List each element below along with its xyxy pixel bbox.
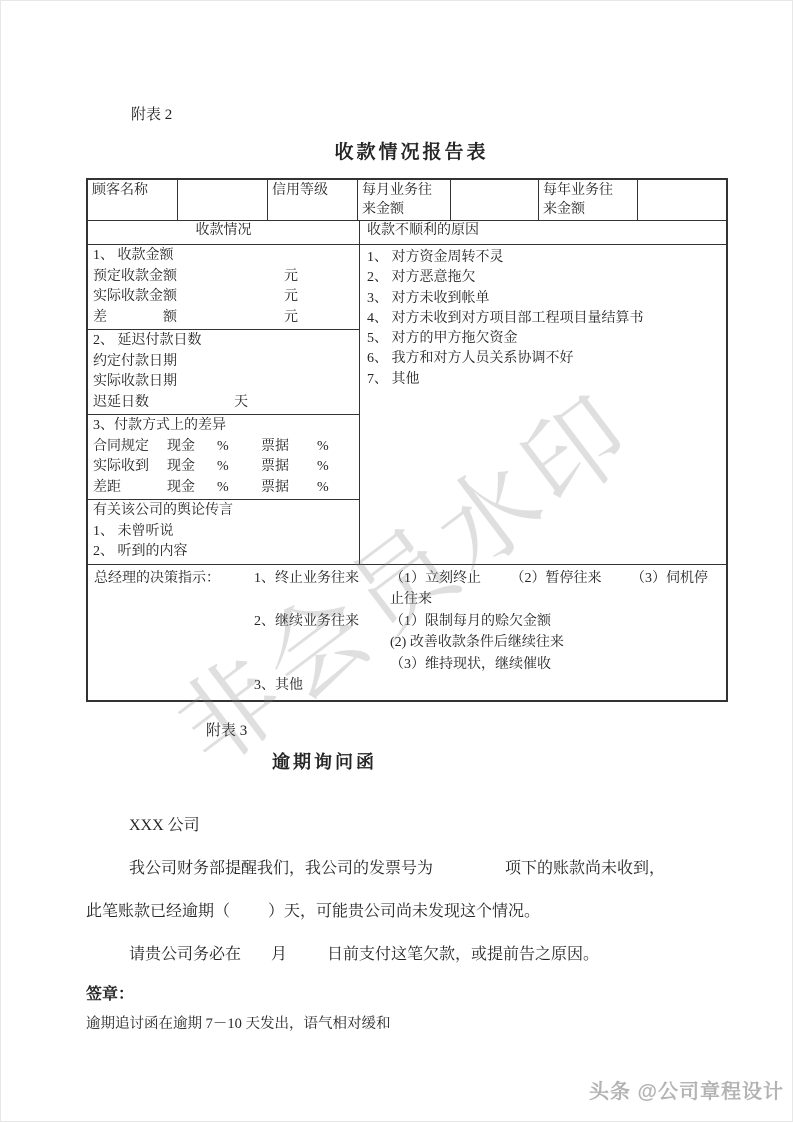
attachment2-label: 附表 2 [131, 105, 792, 125]
rumor-section-title: 有关该公司的舆论传言 [93, 501, 354, 522]
rumor-item: 2、 听到的内容 [93, 542, 354, 563]
monthly-amount-value-cell [451, 180, 539, 220]
reason-item: 4、 对方未收到对方项目部工程项目量结算书 [367, 309, 719, 329]
monthly-amount-label: 每月业务往来金额 [358, 180, 451, 220]
delay-days-row: 迟延日数 天 [93, 393, 354, 414]
decision-option: 3、其他 [254, 675, 390, 697]
collection-status-column: 1、 收款金额 预定收款金额 元 实际收款金额 元 差 额 元 [88, 245, 360, 564]
yearly-amount-value-cell [638, 180, 726, 220]
section-title-row: 收款情况 收款不顺利的原因 [88, 221, 726, 245]
decision-suboption: （1）限制每月的赊欠金额 [390, 611, 720, 633]
decision-row: 总经理的决策指示： 1、终止业务往来 （1）立刻终止 （2）暂停往来 （3）伺机… [94, 568, 720, 611]
decision-suboption: (2) 改善收款条件后继续往来 [390, 632, 720, 654]
unit-yuan: 元 [284, 287, 298, 308]
reason-item: 3、 对方未收到帐单 [367, 289, 719, 309]
delay-row: 约定付款日期 [93, 352, 354, 373]
collection-status-title: 收款情况 [88, 221, 360, 244]
decision-label: 总经理的决策指示： [94, 568, 254, 611]
decision-row: 2、继续业务往来 （1）限制每月的赊欠金额 [94, 611, 720, 633]
letter-note: 逾期追讨函在逾期 7－10 天发出，语气相对缓和 [86, 1013, 718, 1035]
delay-row: 实际收款日期 [93, 372, 354, 393]
decision-row: (2) 改善收款条件后继续往来 [94, 632, 720, 654]
decision-suboption: （3）维持现状，继续催收 [390, 654, 720, 676]
delay-section: 2、 延迟付款日数 约定付款日期 实际收款日期 迟延日数 天 [88, 330, 359, 415]
amount-row: 预定收款金额 元 [93, 267, 354, 288]
letter-paragraph-2: 此笔账款已经逾期（）天，可能贵公司尚未发现这个情况。 [86, 901, 718, 923]
yearly-amount-label: 每年业务往来金额 [539, 180, 638, 220]
decision-option: 2、继续业务往来 [254, 611, 390, 633]
reason-item: 6、 我方和对方人员关系协调不好 [367, 349, 719, 369]
unit-yuan: 元 [284, 308, 298, 329]
decision-row: 3、其他 [94, 675, 720, 697]
payment-method-row: 差距 现金 % 票据 % [93, 478, 354, 499]
collection-report-table: 顾客名称 信用等级 每月业务往来金额 每年业务往来金额 收款情况 收款不顺利的原… [86, 178, 728, 702]
decision-section: 总经理的决策指示： 1、终止业务往来 （1）立刻终止 （2）暂停往来 （3）伺机… [88, 564, 726, 700]
customer-name-value-cell [178, 180, 268, 220]
reason-item: 5、 对方的甲方拖欠资金 [367, 329, 719, 349]
letter-title: 逾期询问函 [272, 750, 792, 774]
credit-rating-label: 信用等级 [268, 180, 358, 220]
amount-row: 差 额 元 [93, 308, 354, 329]
payment-method-section: 3、付款方式上的差异 合同规定 现金 % 票据 % 实际收到 现金 % 票据 % [88, 415, 359, 500]
rumor-item: 1、 未曾听说 [93, 522, 354, 543]
document-page: 非会员水印 附表 2 收款情况报告表 顾客名称 信用等级 每月业务往来金额 每年… [0, 0, 793, 1122]
letter-paragraph-3: 请贵公司务必在月日前支付这笔欠款，或提前告之原因。 [86, 944, 718, 966]
reason-item: 1、 对方资金周转不灵 [367, 248, 719, 268]
payment-method-title: 3、付款方式上的差异 [93, 416, 354, 437]
failure-reasons-column: 1、 对方资金周转不灵 2、 对方恶意拖欠 3、 对方未收到帐单 4、 对方未收… [360, 245, 726, 564]
overdue-letter: XXX 公司 我公司财务部提醒我们，我公司的发票号为项下的账款尚未收到， 此笔账… [86, 815, 718, 1035]
report-title: 收款情况报告表 [31, 141, 792, 165]
letter-paragraph-1: 我公司财务部提醒我们，我公司的发票号为项下的账款尚未收到， [86, 858, 718, 880]
signature-label: 签章： [86, 984, 718, 1006]
payment-method-row: 实际收到 现金 % 票据 % [93, 457, 354, 478]
unit-day: 天 [234, 393, 248, 414]
amount-section-title: 1、 收款金额 [93, 246, 354, 267]
footer-credit: 头条 @公司章程设计 [589, 1075, 784, 1104]
delay-section-title: 2、 延迟付款日数 [93, 331, 354, 352]
unit-yuan: 元 [284, 267, 298, 288]
customer-name-label: 顾客名称 [88, 180, 178, 220]
decision-option: 1、终止业务往来 [254, 568, 390, 611]
attachment3-label: 附表 3 [206, 721, 792, 741]
reason-item: 7、 其他 [367, 370, 719, 390]
failure-reasons-title: 收款不顺利的原因 [360, 221, 726, 244]
table-header-row: 顾客名称 信用等级 每月业务往来金额 每年业务往来金额 [88, 180, 726, 221]
amount-row: 实际收款金额 元 [93, 287, 354, 308]
decision-suboptions: （1）立刻终止 （2）暂停往来 （3）伺机停止往来 [390, 568, 720, 611]
amount-section: 1、 收款金额 预定收款金额 元 实际收款金额 元 差 额 元 [88, 245, 359, 330]
letter-salutation: XXX 公司 [129, 815, 718, 837]
decision-row: （3）维持现状，继续催收 [94, 654, 720, 676]
payment-method-row: 合同规定 现金 % 票据 % [93, 437, 354, 458]
table-body: 1、 收款金额 预定收款金额 元 实际收款金额 元 差 额 元 [88, 245, 726, 564]
reason-item: 2、 对方恶意拖欠 [367, 268, 719, 288]
rumor-section: 有关该公司的舆论传言 1、 未曾听说 2、 听到的内容 [88, 500, 359, 564]
